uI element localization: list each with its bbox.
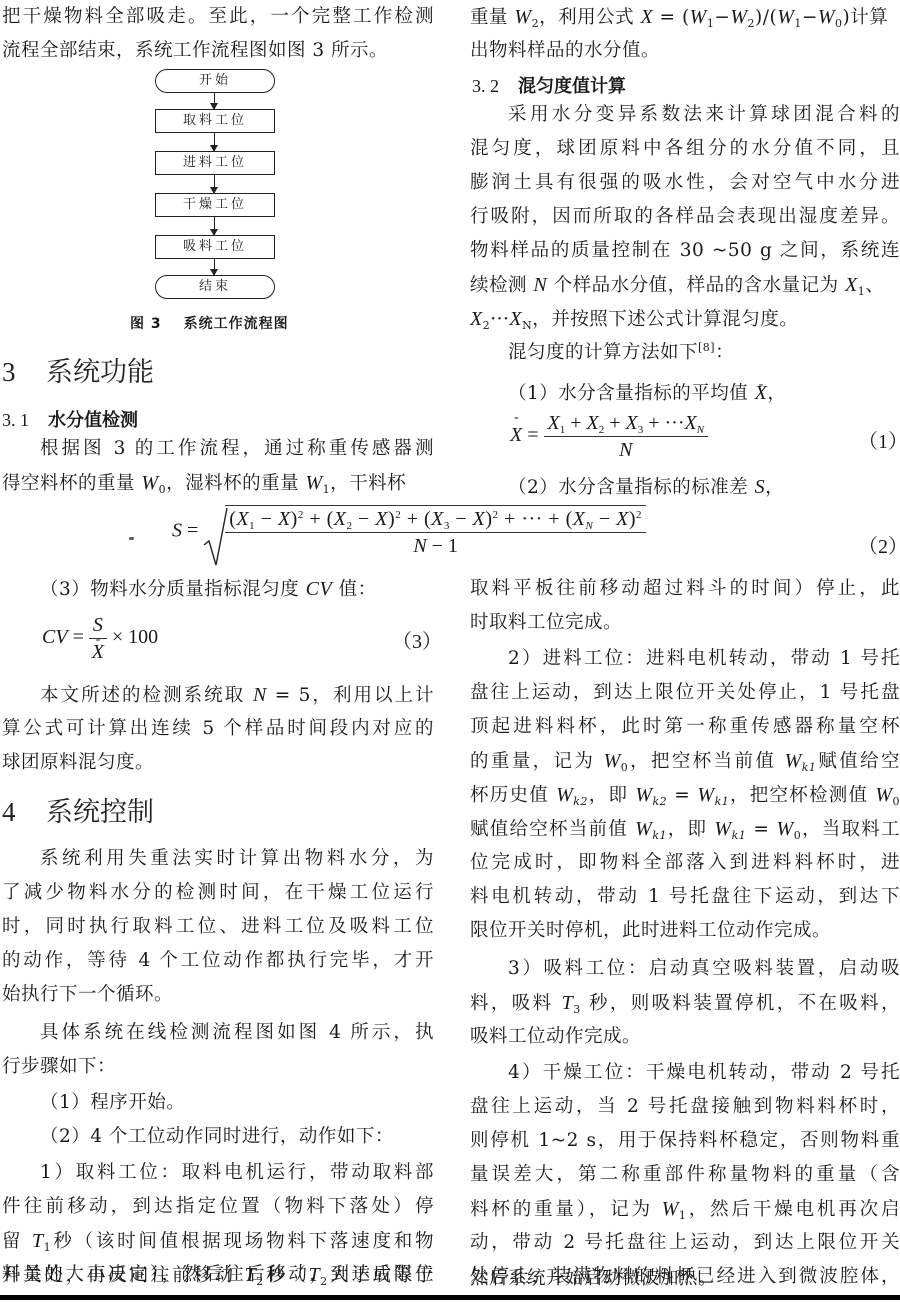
paragraph-line: 时取料工位完成。 <box>470 606 900 640</box>
section-heading-3: 3系统功能 <box>2 350 154 389</box>
figure-title: 系统工作流程图 <box>184 316 289 332</box>
section-3-1-text: 根据图 3 的工作流程，通过称重传感器测 得空料杯的重量 W0，湿料杯的重量 W… <box>2 432 434 502</box>
paragraph-line: 2）进料工位：进料电机转动，带动 1 号托 <box>470 642 900 676</box>
paragraph-line: 续检测 N 个样品水分值，样品的含水量记为 X1、 <box>470 268 900 302</box>
flow-arrow-icon <box>214 133 215 151</box>
paragraph-line: 3）吸料工位：启动真空吸料装置，启动吸 <box>470 952 900 986</box>
paragraph-line: 系统利用失重法实时计算出物料水分，为 <box>2 842 434 876</box>
paragraph-line: 件往前移动，到达指定位置（物料下落处）停 <box>2 1190 434 1224</box>
equation-number: （3） <box>392 625 442 654</box>
flow-node-dry: 干燥工位 <box>155 193 275 217</box>
paragraph-line: 量误差大，第二称重部件称量物料的重量（含 <box>470 1158 900 1192</box>
subsection-heading-3-1: 3. 1水分值检测 <box>2 406 138 432</box>
equation-number: （1） <box>858 425 900 454</box>
flow-node-suction: 吸料工位 <box>155 235 275 259</box>
fraction: (X1 − X)2 + (X2 − X)2 + (X3 − X)2 + ··· … <box>225 506 646 559</box>
paragraph-line: 混匀度的计算方法如下[8]： <box>470 336 900 370</box>
paragraph-line: 始执行下一个循环。 <box>2 978 434 1012</box>
paragraph-line: 限位开关时停机，此时进料工位动作完成。 <box>470 914 900 948</box>
paragraph-line: （1）水分含量指标的平均值 X， <box>470 376 900 410</box>
paragraph-line: 赋值给空杯当前值 Wk1，即 Wk1 = W0，当取料工 <box>470 812 900 846</box>
flow-arrow-icon <box>214 217 215 235</box>
equation-3: CV = S X × 100 <box>42 612 158 665</box>
paragraph-line: 本文所述的检测系统取 N = 5，利用以上计 <box>2 678 434 712</box>
equation-1: X = X1 + X2 + X3 + ···XN N <box>510 410 708 463</box>
paragraph-line: 采用水分变异系数法来计算球团混合料的 <box>470 98 900 132</box>
paragraph-line: 时，同时执行取料工位、进料工位及吸料工位 <box>2 910 434 944</box>
subsection-heading-3-2: 3. 2混匀度值计算 <box>472 72 626 98</box>
right-column-lower: 取料平板往前移动超过料斗的时间）停止，此 时取料工位完成。 2）进料工位：进料电… <box>470 572 900 1302</box>
flow-arrow-icon <box>214 259 215 275</box>
paragraph-line: 物料样品的质量控制在 30 ~50 g 之间，系统连 <box>470 234 900 268</box>
paragraph-line: 然后系统开始启动微波加热。 <box>470 1262 900 1296</box>
paragraph-line: 顶起进料料杯，此时第一称重传感器称量空杯 <box>470 710 900 744</box>
paragraph-line: 动，带动 2 号托盘往上运动，到达上限位开关 <box>470 1226 900 1260</box>
paragraph-line: 则停机 1~2 s，用于保持料杯稳定，否则物料重 <box>470 1124 900 1158</box>
step-item: （2）4 个工位动作同时进行，动作如下： <box>2 1120 434 1154</box>
paragraph-line: 4）干燥工位：干燥电机转动，带动 2 号托 <box>470 1056 900 1090</box>
paragraph-line: （3）物料水分质量指标混匀度 CV 值： <box>2 572 434 606</box>
paragraph-line: 的重量，记为 W0，把空杯当前值 Wk1赋值给空 <box>470 744 900 778</box>
paragraph-line: 料杯的重量），记为 W1，然后干燥电机再次启 <box>470 1192 900 1226</box>
paragraph-line: 根据图 3 的工作流程，通过称重传感器测 <box>2 432 434 466</box>
paragraph-line: 得空料杯的重量 W0，湿料杯的重量 W1，干料杯 <box>2 466 434 500</box>
fraction: X1 + X2 + X3 + ···XN N <box>544 410 709 463</box>
paragraph-line: 料电机转动，带动 1 号托盘往下运动，到达下 <box>470 880 900 914</box>
step-item: （1）程序开始。 <box>2 1086 434 1120</box>
paragraph-line: 开关处，再反向往前移动 T2秒（T2大于或等于 <box>2 1258 434 1292</box>
paragraph-line: 重量 W2，利用公式 X = (W1−W2)/(W1−W0)计算 <box>470 0 900 34</box>
scan-speck <box>129 537 134 540</box>
paragraph-line: 料，吸料 T3 秒，则吸料装置停机，不在吸料， <box>470 986 900 1020</box>
flow-node-fetch: 取料工位 <box>155 109 275 133</box>
figure-label: 图 3 <box>130 316 162 332</box>
paragraph-line: 盘往上运动，到达上限位开关处停止，1 号托盘 <box>470 676 900 710</box>
paragraph-line: 1）取料工位：取料电机运行，带动取料部 <box>2 1156 434 1190</box>
paragraph-line: 流程全部结束，系统工作流程图如图 3 所示。 <box>2 34 434 68</box>
paragraph-line: 的动作，等待 4 个工位动作都执行完毕，才开 <box>2 944 434 978</box>
paragraph-line: 了减少物料水分的检测时间，在干燥工位运行 <box>2 876 434 910</box>
paragraph-line: 膨润土具有很强的吸水性，会对空气中水分进 <box>470 166 900 200</box>
paragraph-line: 把干燥物料全部吸走。至此，一个完整工作检测 <box>2 0 434 34</box>
section-4-text: 系统利用失重法实时计算出物料水分，为 了减少物料水分的检测时间，在干燥工位运行 … <box>2 842 434 1302</box>
square-root: (X1 − X)2 + (X2 − X)2 + (X3 − X)2 + ··· … <box>203 505 646 559</box>
page-bottom-rule <box>0 1295 900 1300</box>
radical-icon <box>203 507 229 567</box>
paragraph-line: 混匀度，球团原料中各组分的水分值不同，且 <box>470 132 900 166</box>
paragraph-line: 位完成时，即物料全部落入到进料料杯时，进 <box>470 846 900 880</box>
paragraph-after-eq3: 本文所述的检测系统取 N = 5，利用以上计 算公式可计算出连续 5 个样品时间… <box>2 678 434 788</box>
citation-ref: [8] <box>698 341 715 354</box>
flow-node-start: 开始 <box>155 69 275 93</box>
paragraph-line: 杯历史值 Wk2，即 Wk2 = Wk1，把空杯检测值 W0 <box>470 778 900 812</box>
equation-number: （2） <box>858 530 900 559</box>
flow-arrow-icon <box>214 175 215 193</box>
fraction: S X <box>89 612 107 665</box>
paragraph-line: 盘往上运动，当 2 号托盘接触到物料料杯时， <box>470 1090 900 1124</box>
figure-caption: 图 3系统工作流程图 <box>130 313 289 333</box>
flow-node-end: 结束 <box>155 275 275 299</box>
paragraph-line: 吸料工位动作完成。 <box>470 1020 900 1054</box>
paragraph-line: 算公式可计算出连续 5 个样品时间段内对应的 <box>2 712 434 746</box>
paragraph-line: X2···XN，并按照下述公式计算混匀度。 <box>470 302 900 336</box>
flow-node-feed: 进料工位 <box>155 151 275 175</box>
paragraph-line: （2）水分含量指标的标准差 S， <box>508 470 898 504</box>
paragraph-line: 具体系统在线检测流程图如图 4 所示，执 <box>2 1016 434 1050</box>
paragraph-line: 取料平板往前移动超过料斗的时间）停止，此 <box>470 572 900 606</box>
paragraph-line: 留 T1秒（该时间值根据现场物料下落速度和物 <box>2 1224 434 1258</box>
section-heading-4: 4系统控制 <box>2 790 154 829</box>
equation-2: S = (X1 − X)2 + (X2 − X)2 + (X3 − X)2 + … <box>172 505 646 559</box>
paragraph-line: 行吸附，因而所取的各样品会表现出湿度差异。 <box>470 200 900 234</box>
paragraph-line: 出物料样品的水分值。 <box>470 34 900 68</box>
paragraph-line: 行步骤如下： <box>2 1050 434 1084</box>
flow-arrow-icon <box>214 93 215 109</box>
paragraph-line: 球团原料混匀度。 <box>2 746 434 780</box>
